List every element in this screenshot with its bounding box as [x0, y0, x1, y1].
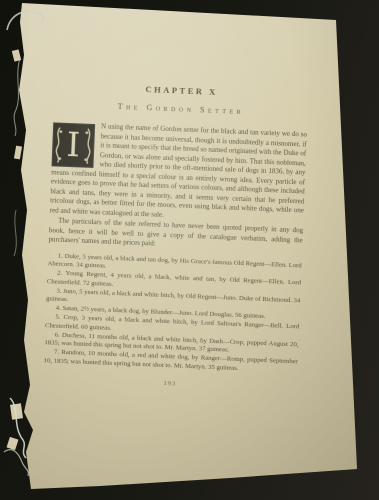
chapter-heading: CHAPTER X	[55, 80, 309, 100]
photo-backdrop: CHAPTER X The Gordon Setter I N using th…	[0, 0, 379, 500]
page-number: 193	[43, 375, 297, 392]
opening-paragraph: I N using the name of Gordon setter for …	[50, 120, 308, 225]
drop-cap-letter: I	[52, 124, 96, 166]
sale-catalogue-list: 1. Duke, 5 years old, a black and tan do…	[43, 252, 301, 376]
ornamental-drop-cap: I	[51, 122, 95, 168]
section-title: The Gordon Setter	[54, 99, 308, 118]
printed-text-block: CHAPTER X The Gordon Setter I N using th…	[3, 3, 342, 485]
